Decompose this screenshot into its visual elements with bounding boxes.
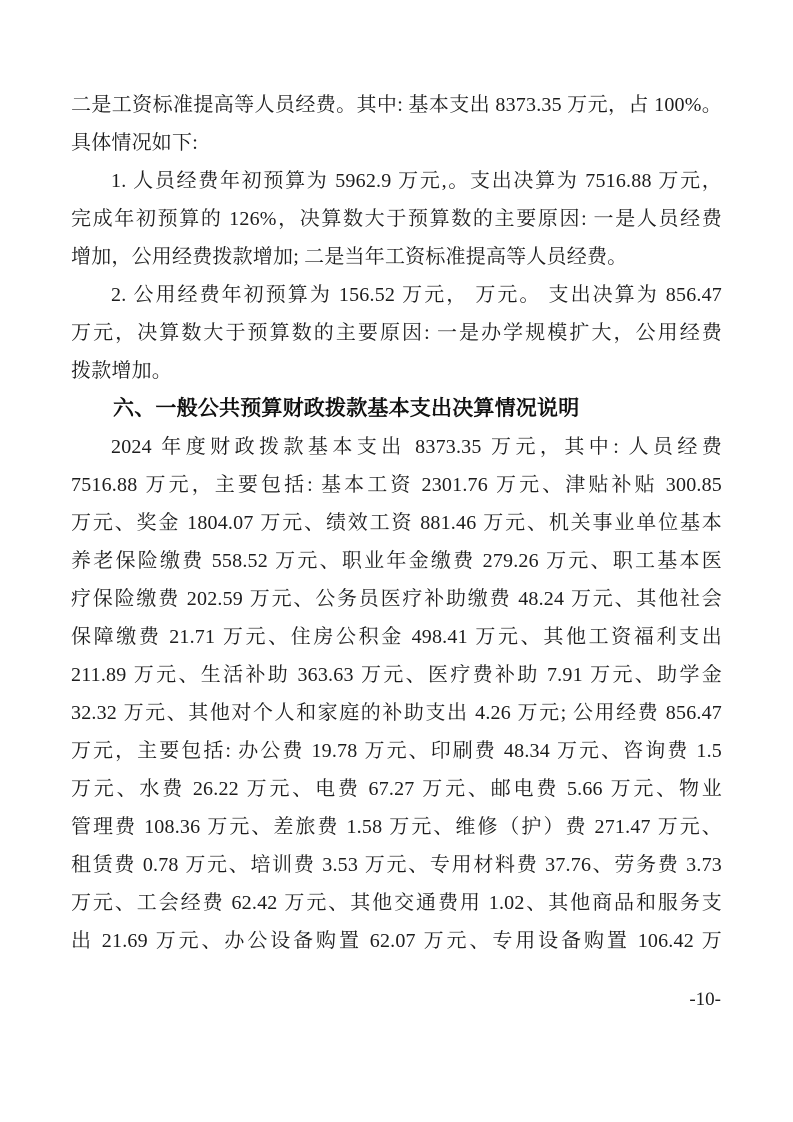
text-line: 1. 人员经费年初预算为 5962.9 万元,。支出决算为 7516.88 万元… [71, 162, 722, 200]
text-line: 管理费 108.36 万元、差旅费 1.58 万元、维修（护）费 271.47 … [71, 808, 722, 846]
text-line: 万元，决算数大于预算数的主要原因: 一是办学规模扩大，公用经费 [71, 314, 722, 352]
text-line: 7516.88 万元，主要包括: 基本工资 2301.76 万元、津贴补贴 30… [71, 466, 722, 504]
text-line: 养老保险缴费 558.52 万元、职业年金缴费 279.26 万元、职工基本医 [71, 542, 722, 580]
text-line: 增加，公用经费拨款增加; 二是当年工资标准提高等人员经费。 [71, 238, 722, 276]
text-line: 完成年初预算的 126%，决算数大于预算数的主要原因: 一是人员经费 [71, 200, 722, 238]
document-page: 二是工资标准提高等人员经费。其中: 基本支出 8373.35 万元，占 100%… [0, 0, 793, 1122]
text-line: 万元、奖金 1804.07 万元、绩效工资 881.46 万元、机关事业单位基本 [71, 504, 722, 542]
document-body: 二是工资标准提高等人员经费。其中: 基本支出 8373.35 万元，占 100%… [71, 86, 722, 960]
text-line: 二是工资标准提高等人员经费。其中: 基本支出 8373.35 万元，占 100%… [71, 86, 722, 124]
text-line: 保障缴费 21.71 万元、住房公积金 498.41 万元、其他工资福利支出 [71, 618, 722, 656]
text-line: 2024 年度财政拨款基本支出 8373.35 万元，其中: 人员经费 [71, 428, 722, 466]
text-line: 万元、工会经费 62.42 万元、其他交通费用 1.02、其他商品和服务支 [71, 884, 722, 922]
text-line: 疗保险缴费 202.59 万元、公务员医疗补助缴费 48.24 万元、其他社会 [71, 580, 722, 618]
text-line: 拨款增加。 [71, 352, 722, 390]
text-line: 211.89 万元、生活补助 363.63 万元、医疗费补助 7.91 万元、助… [71, 656, 722, 694]
text-line: 万元、水费 26.22 万元、电费 67.27 万元、邮电费 5.66 万元、物… [71, 770, 722, 808]
text-line: 出 21.69 万元、办公设备购置 62.07 万元、专用设备购置 106.42… [71, 922, 722, 960]
text-line: 具体情况如下: [71, 124, 722, 162]
section-heading: 六、一般公共预算财政拨款基本支出决算情况说明 [71, 390, 722, 428]
text-line: 32.32 万元、其他对个人和家庭的补助支出 4.26 万元; 公用经费 856… [71, 694, 722, 732]
text-line: 2. 公用经费年初预算为 156.52 万元， 万元。 支出决算为 856.47 [71, 276, 722, 314]
page-number: -10- [689, 985, 721, 1015]
text-line: 租赁费 0.78 万元、培训费 3.53 万元、专用材料费 37.76、劳务费 … [71, 846, 722, 884]
text-line: 万元，主要包括: 办公费 19.78 万元、印刷费 48.34 万元、咨询费 1… [71, 732, 722, 770]
